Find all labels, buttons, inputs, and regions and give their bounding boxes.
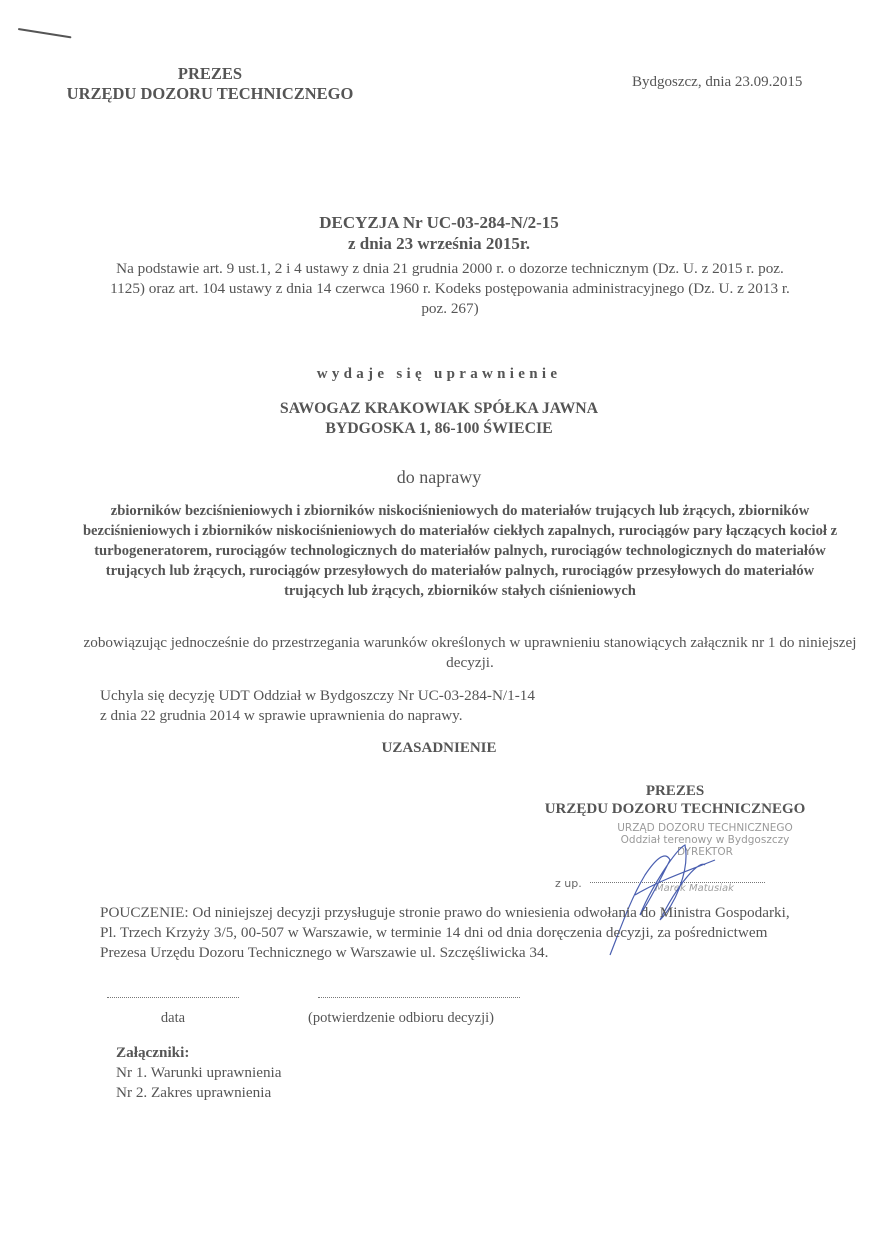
signatory-header: PREZES URZĘDU DOZORU TECHNICZNEGO [520, 782, 830, 818]
revocation-line: Uchyla się decyzję UDT Oddział w Bydgosz… [100, 686, 660, 706]
pen-mark [18, 28, 72, 38]
signatory-office: URZĘDU DOZORU TECHNICZNEGO [520, 800, 830, 818]
appeal-instruction: POUCZENIE: Od niniejszej decyzji przysłu… [100, 903, 790, 963]
scope-intro: do naprawy [0, 467, 878, 488]
company-name: SAWOGAZ KRAKOWIAK SPÓŁKA JAWNA [0, 399, 878, 419]
date-signature-line [107, 993, 239, 998]
decision-title: DECYZJA Nr UC-03-284-N/2-15 z dnia 23 wr… [0, 212, 878, 254]
grant-statement: wydaje się uprawnienie [0, 366, 878, 383]
decision-number: DECYZJA Nr UC-03-284-N/2-15 [0, 212, 878, 233]
signatory-title: PREZES [520, 782, 830, 800]
justification-heading: UZASADNIENIE [0, 740, 878, 757]
attachment-item: Nr 2. Zakres uprawnienia [116, 1083, 282, 1103]
decision-date: z dnia 23 września 2015r. [0, 233, 878, 254]
date-label: data [107, 1010, 239, 1027]
company-block: SAWOGAZ KRAKOWIAK SPÓŁKA JAWNA BYDGOSKA … [0, 399, 878, 439]
scope-list: zbiorników bezciśnieniowych i zbiorników… [80, 501, 840, 601]
revocation-line: z dnia 22 grudnia 2014 w sprawie uprawni… [100, 706, 660, 726]
receipt-label: (potwierdzenie odbioru decyzji) [308, 1010, 494, 1027]
issuer-office: URZĘDU DOZORU TECHNICZNEGO [60, 84, 360, 104]
company-address: BYDGOSKA 1, 86-100 ŚWIECIE [0, 419, 878, 439]
issuer-title: PREZES [60, 64, 360, 84]
place-date: Bydgoszcz, dnia 23.09.2015 [632, 74, 802, 91]
obligation-text: zobowiązując jednocześnie do przestrzega… [80, 633, 860, 673]
receipt-signature-line [318, 993, 520, 998]
attachment-item: Nr 1. Warunki uprawnienia [116, 1063, 282, 1083]
legal-basis: Na podstawie art. 9 ust.1, 2 i 4 ustawy … [100, 259, 800, 319]
on-behalf-label: z up. [555, 877, 582, 890]
attachments-heading: Załączniki: [116, 1043, 282, 1063]
attachments-section: Załączniki: Nr 1. Warunki uprawnienia Nr… [116, 1043, 282, 1103]
revocation-text: Uchyla się decyzję UDT Oddział w Bydgosz… [100, 686, 660, 726]
issuer-header: PREZES URZĘDU DOZORU TECHNICZNEGO [60, 64, 360, 104]
